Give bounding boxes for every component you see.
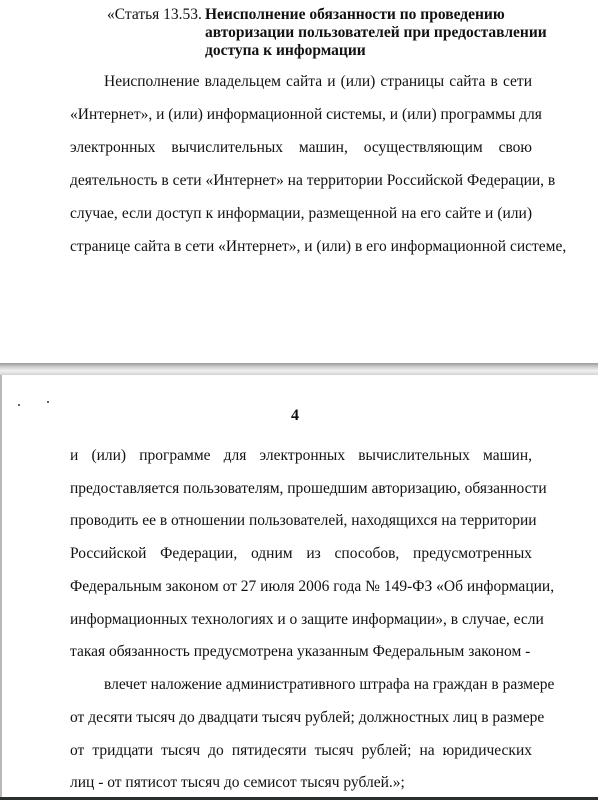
article-number: «Статья 13.53. bbox=[107, 6, 202, 24]
scan-speck bbox=[47, 401, 49, 403]
text-line: проводить ее в отношении пользователей, … bbox=[70, 511, 532, 531]
page-4: 4 и (или) программе для электронных вычи… bbox=[0, 375, 598, 798]
document-viewer: «Статья 13.53. Неисполнение обязанности … bbox=[0, 0, 598, 800]
text-line: такая обязанность предусмотрена указанны… bbox=[70, 642, 532, 662]
page-break-separator bbox=[0, 363, 598, 375]
page-3-fragment: «Статья 13.53. Неисполнение обязанности … bbox=[0, 0, 598, 363]
article-title-line: авторизации пользователей при предоставл… bbox=[205, 24, 535, 42]
scan-speck bbox=[18, 404, 20, 406]
article-title: Неисполнение обязанности по проведению а… bbox=[205, 6, 535, 60]
text-line: Неисполнение владельцем сайта и (или) ст… bbox=[104, 72, 532, 92]
article-title-line: доступа к информации bbox=[205, 42, 535, 60]
page-number: 4 bbox=[291, 407, 299, 425]
text-line: электронных вычислительных машин, осущес… bbox=[70, 138, 532, 158]
text-line: от тридцати тысяч до пятидесяти тысяч ру… bbox=[70, 741, 532, 761]
text-line: и (или) программе для электронных вычисл… bbox=[70, 446, 532, 466]
text-line: Российской Федерации, одним из способов,… bbox=[70, 544, 532, 564]
text-line: деятельность в сети «Интернет» на террит… bbox=[70, 171, 532, 191]
text-line: «Интернет», и (или) информационной систе… bbox=[70, 105, 532, 125]
text-line: предоставляется пользователям, прошедшим… bbox=[70, 479, 532, 499]
text-line: Федеральным законом от 27 июля 2006 года… bbox=[70, 577, 532, 597]
text-line: информационных технологиях и о защите ин… bbox=[70, 610, 532, 630]
text-line: от десяти тысяч до двадцати тысяч рублей… bbox=[70, 708, 532, 728]
article-title-line: Неисполнение обязанности по проведению bbox=[205, 6, 535, 24]
text-line: лиц - от пятисот тысяч до семисот тысяч … bbox=[70, 773, 532, 793]
text-line: влечет наложение административного штраф… bbox=[104, 675, 532, 695]
text-line: случае, если доступ к информации, размещ… bbox=[70, 204, 532, 224]
text-line: странице сайта в сети «Интернет», и (или… bbox=[70, 237, 532, 257]
